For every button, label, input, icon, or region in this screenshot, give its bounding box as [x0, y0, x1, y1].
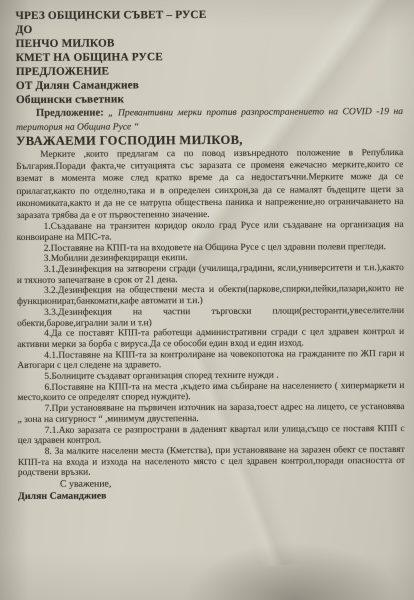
signature-name: Дилян Саманджиев [18, 489, 405, 503]
measure-item: 4.Да се поставят КПП-та работещи админис… [17, 327, 404, 350]
measures-list: 1.Създаване на транзитен коридор около г… [17, 220, 405, 479]
measure-item: 7.1.Ако заразата се разпространи в даден… [18, 424, 405, 447]
signature-block: С уважение, Дилян Саманджиев [18, 477, 405, 503]
intro-paragraph: Мерките ,които предлагам са по повод изв… [16, 147, 403, 222]
photographed-document-page: ЧРЕЗ ОБЩИНСКИ СЪВЕТ – РУСЕ ДО ПЕНЧО МИЛК… [0, 0, 414, 600]
measure-item: 7.При установяване на първичен източник … [18, 402, 405, 425]
subject-line: Предложение: „ Превантивни мерки против … [16, 105, 403, 134]
author-block: ПРЕДЛОЖЕНИЕ ОТ Дилян Саманджиев Общински… [16, 63, 403, 107]
measure-item: 3.2.Дезинфекция на обществени места и об… [17, 284, 404, 307]
subject-label: Предложение: [36, 108, 104, 119]
measure-item: 4.1.Поставяне на КПП-та за контролиране … [17, 349, 404, 372]
measure-item: 6.Поставяне на КПП-та на места ,където и… [17, 381, 404, 404]
measure-item: 8. За малките населени места (Кметства),… [18, 445, 405, 479]
measure-item: 3.3.Дезинфекция на частни търговски площ… [17, 306, 404, 329]
letter-content: ЧРЕЗ ОБЩИНСКИ СЪВЕТ – РУСЕ ДО ПЕНЧО МИЛК… [0, 0, 414, 600]
recipient-block: ДО ПЕНЧО МИЛКОВ КМЕТ НА ОБЩИНА РУСЕ [16, 21, 403, 65]
measure-item: 3.1.Дезинфекция на затворени сгради (учи… [17, 263, 404, 286]
measure-item: 1.Създаване на транзитен коридор около г… [17, 220, 404, 243]
